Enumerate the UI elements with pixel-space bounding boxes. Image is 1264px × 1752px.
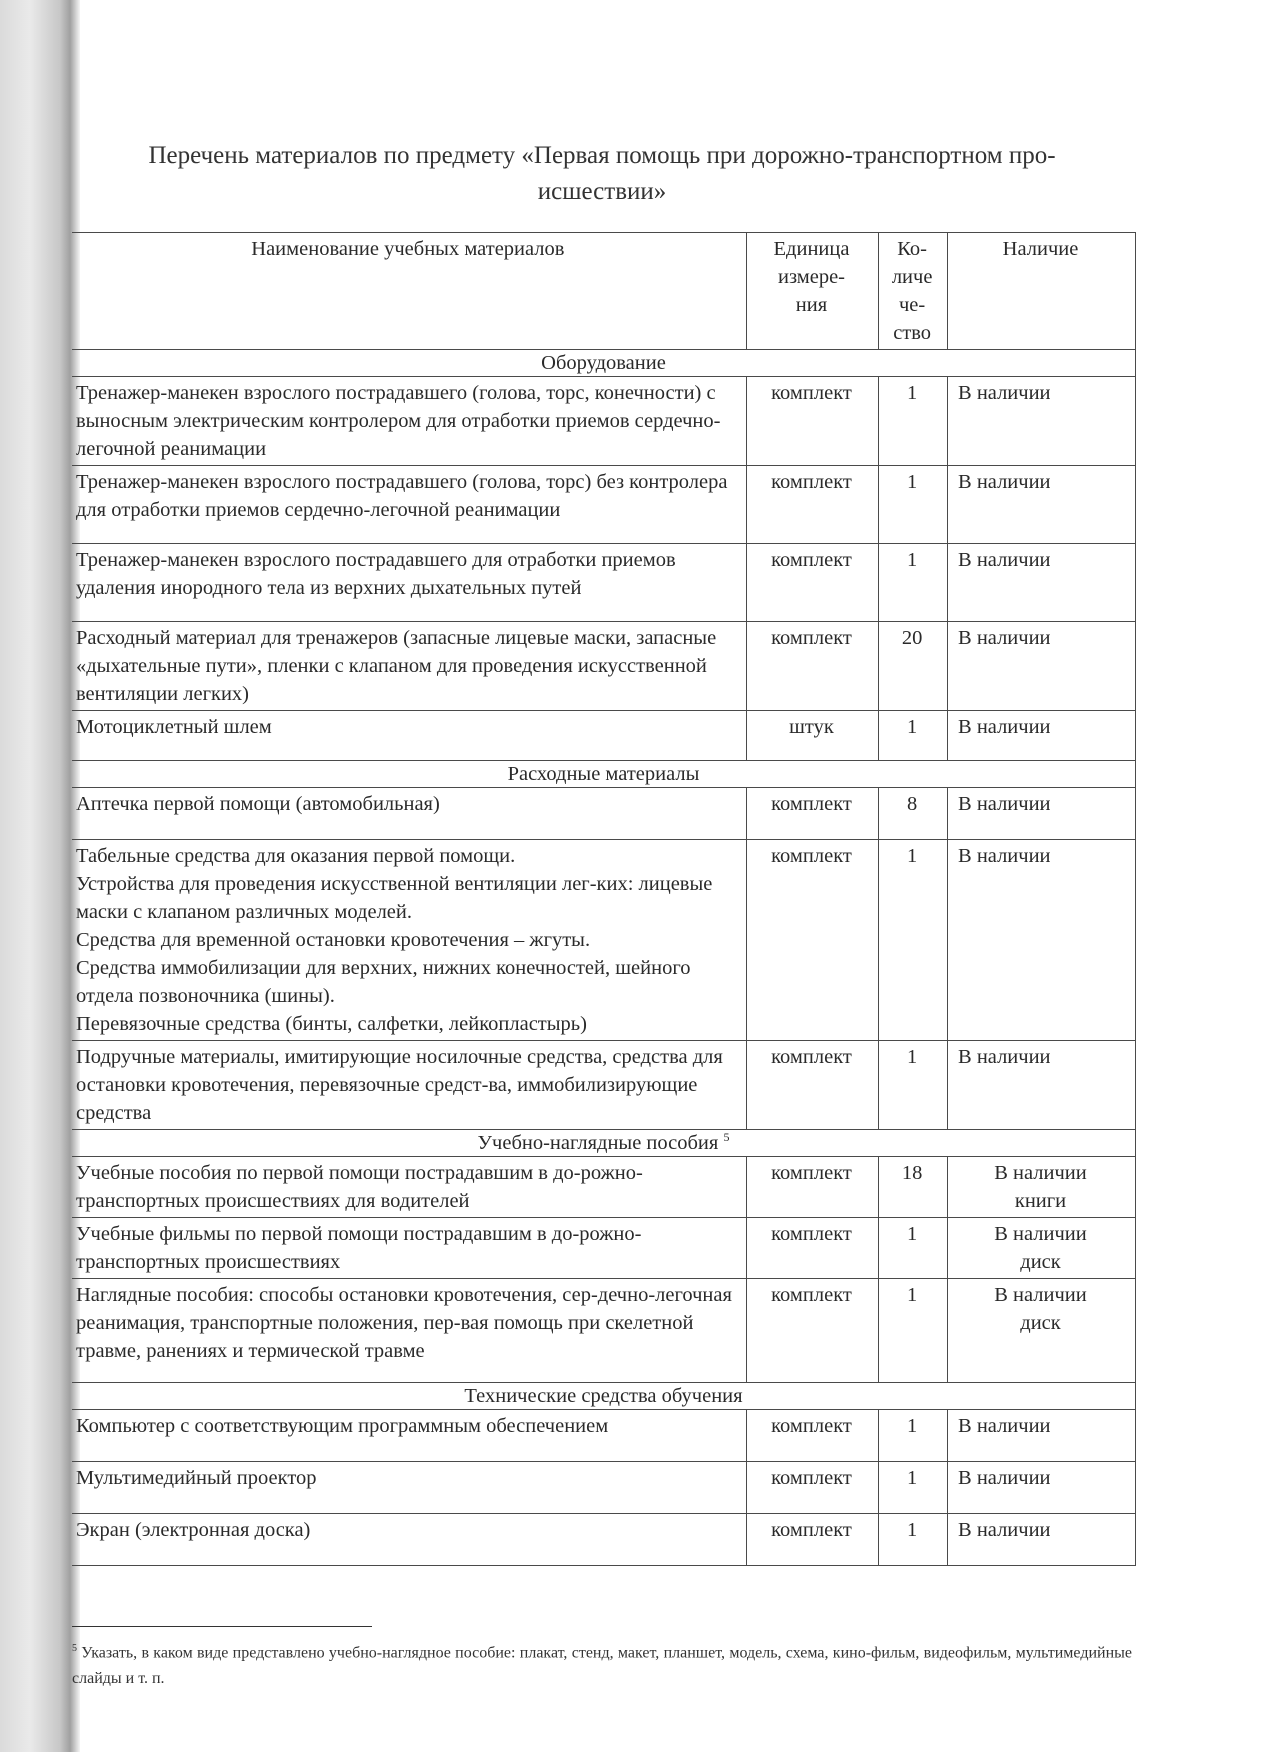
table-row: Расходный материал для тренажеров (запас… bbox=[72, 622, 1136, 711]
availability-note: диск bbox=[952, 1248, 1129, 1276]
cell-material-name: Наглядные пособия: способы остановки кро… bbox=[72, 1279, 746, 1383]
table-row: Аптечка первой помощи (автомобильная)ком… bbox=[72, 788, 1136, 840]
cell-unit: комплект bbox=[746, 1410, 878, 1462]
cell-availability: В наличиикниги bbox=[948, 1157, 1136, 1218]
cell-unit: комплект bbox=[746, 1041, 878, 1130]
cell-material-name: Мотоциклетный шлем bbox=[72, 711, 746, 761]
availability-status: В наличии bbox=[958, 627, 1051, 649]
availability-status: В наличии bbox=[958, 845, 1051, 867]
table-row: Табельные средства для оказания первой п… bbox=[72, 840, 1136, 1041]
header-name: Наименование учебных материалов bbox=[72, 233, 746, 350]
cell-availability: В наличии bbox=[948, 466, 1136, 544]
cell-availability: В наличии bbox=[948, 1462, 1136, 1514]
section-header-row: Технические средства обучения bbox=[72, 1383, 1136, 1410]
table-row: Учебные пособия по первой помощи пострад… bbox=[72, 1157, 1136, 1218]
table-row: Наглядные пособия: способы остановки кро… bbox=[72, 1279, 1136, 1383]
cell-quantity: 1 bbox=[879, 544, 948, 622]
section-header-row: Учебно-наглядные пособия 5 bbox=[72, 1130, 1136, 1157]
table-row: Мультимедийный проекторкомплект1В наличи… bbox=[72, 1462, 1136, 1514]
page-title: Перечень материалов по предмету «Первая … bbox=[72, 138, 1132, 210]
header-unit: Единица измере- ния bbox=[746, 233, 878, 350]
cell-availability: В наличии bbox=[948, 711, 1136, 761]
cell-unit: комплект bbox=[746, 1279, 878, 1383]
availability-status: В наличии bbox=[958, 716, 1051, 738]
table-body: ОборудованиеТренажер-манекен взрослого п… bbox=[72, 350, 1136, 1566]
cell-material-name: Тренажер-манекен взрослого пострадавшего… bbox=[72, 466, 746, 544]
availability-note: диск bbox=[952, 1309, 1129, 1337]
cell-availability: В наличии bbox=[948, 622, 1136, 711]
cell-availability: В наличии bbox=[948, 1410, 1136, 1462]
footnote-reference: 5 bbox=[723, 1130, 729, 1144]
cell-material-name: Подручные материалы, имитирующие носилоч… bbox=[72, 1041, 746, 1130]
cell-quantity: 1 bbox=[879, 840, 948, 1041]
availability-status: В наличии bbox=[994, 1162, 1087, 1184]
table-row: Компьютер с соответствующим программным … bbox=[72, 1410, 1136, 1462]
footnote-text: Указать, в каком виде представлено учебн… bbox=[72, 1644, 1132, 1687]
table-row: Тренажер-манекен взрослого пострадавшего… bbox=[72, 466, 1136, 544]
availability-status: В наличии bbox=[958, 471, 1051, 493]
cell-material-name: Экран (электронная доска) bbox=[72, 1514, 746, 1566]
table-row: Тренажер-манекен взрослого пострадавшего… bbox=[72, 544, 1136, 622]
availability-status: В наличии bbox=[958, 1046, 1051, 1068]
availability-status: В наличии bbox=[958, 1519, 1051, 1541]
availability-status: В наличии bbox=[958, 382, 1051, 404]
cell-quantity: 1 bbox=[879, 711, 948, 761]
availability-status: В наличии bbox=[958, 1467, 1051, 1489]
cell-material-name: Тренажер-манекен взрослого пострадавшего… bbox=[72, 377, 746, 466]
table-header-row: Наименование учебных материалов Единица … bbox=[72, 233, 1136, 350]
table-row: Экран (электронная доска)комплект1В нали… bbox=[72, 1514, 1136, 1566]
cell-availability: В наличии bbox=[948, 1041, 1136, 1130]
cell-unit: комплект bbox=[746, 1218, 878, 1279]
page-title-line-1: Перечень материалов по предмету «Первая … bbox=[72, 138, 1132, 174]
cell-quantity: 1 bbox=[879, 1279, 948, 1383]
availability-status: В наличии bbox=[958, 1415, 1051, 1437]
section-title: Учебно-наглядные пособия 5 bbox=[72, 1130, 1136, 1157]
cell-quantity: 1 bbox=[879, 1514, 948, 1566]
scan-binding-shadow bbox=[0, 0, 80, 1752]
cell-unit: комплект bbox=[746, 840, 878, 1041]
table-row: Тренажер-манекен взрослого пострадавшего… bbox=[72, 377, 1136, 466]
table-row: Учебные фильмы по первой помощи пострада… bbox=[72, 1218, 1136, 1279]
section-header-row: Расходные материалы bbox=[72, 761, 1136, 788]
cell-quantity: 20 bbox=[879, 622, 948, 711]
availability-status: В наличии bbox=[994, 1284, 1087, 1306]
cell-unit: комплект bbox=[746, 788, 878, 840]
cell-availability: В наличии bbox=[948, 1514, 1136, 1566]
table-row: Мотоциклетный шлемштук1В наличии bbox=[72, 711, 1136, 761]
cell-quantity: 18 bbox=[879, 1157, 948, 1218]
cell-material-name: Аптечка первой помощи (автомобильная) bbox=[72, 788, 746, 840]
cell-quantity: 1 bbox=[879, 1462, 948, 1514]
cell-quantity: 8 bbox=[879, 788, 948, 840]
cell-unit: комплект bbox=[746, 466, 878, 544]
cell-unit: комплект bbox=[746, 622, 878, 711]
cell-availability: В наличии bbox=[948, 377, 1136, 466]
table-row: Подручные материалы, имитирующие носилоч… bbox=[72, 1041, 1136, 1130]
availability-status: В наличии bbox=[958, 793, 1051, 815]
cell-quantity: 1 bbox=[879, 466, 948, 544]
cell-material-name: Тренажер-манекен взрослого пострадавшего… bbox=[72, 544, 746, 622]
cell-unit: комплект bbox=[746, 544, 878, 622]
section-title: Оборудование bbox=[72, 350, 1136, 377]
cell-availability: В наличиидиск bbox=[948, 1279, 1136, 1383]
cell-quantity: 1 bbox=[879, 377, 948, 466]
cell-unit: комплект bbox=[746, 1514, 878, 1566]
cell-quantity: 1 bbox=[879, 1410, 948, 1462]
cell-material-name: Учебные пособия по первой помощи пострад… bbox=[72, 1157, 746, 1218]
cell-material-name: Расходный материал для тренажеров (запас… bbox=[72, 622, 746, 711]
section-title: Расходные материалы bbox=[72, 761, 1136, 788]
cell-quantity: 1 bbox=[879, 1218, 948, 1279]
cell-unit: комплект bbox=[746, 1462, 878, 1514]
footnote-divider bbox=[72, 1626, 372, 1627]
cell-availability: В наличии bbox=[948, 840, 1136, 1041]
footnote-marker: 5 bbox=[72, 1643, 77, 1654]
cell-unit: штук bbox=[746, 711, 878, 761]
cell-material-name: Табельные средства для оказания первой п… bbox=[72, 840, 746, 1041]
footnote: 5 Указать, в каком виде представлено уче… bbox=[72, 1636, 1132, 1692]
section-header-row: Оборудование bbox=[72, 350, 1136, 377]
availability-status: В наличии bbox=[994, 1223, 1087, 1245]
cell-availability: В наличии bbox=[948, 544, 1136, 622]
cell-quantity: 1 bbox=[879, 1041, 948, 1130]
availability-status: В наличии bbox=[958, 549, 1051, 571]
cell-availability: В наличиидиск bbox=[948, 1218, 1136, 1279]
availability-note: книги bbox=[952, 1187, 1129, 1215]
document-page: Перечень материалов по предмету «Первая … bbox=[72, 0, 1132, 1752]
cell-availability: В наличии bbox=[948, 788, 1136, 840]
header-availability: Наличие bbox=[948, 233, 1136, 350]
cell-material-name: Компьютер с соответствующим программным … bbox=[72, 1410, 746, 1462]
page-title-line-2: исшествии» bbox=[72, 174, 1132, 210]
cell-unit: комплект bbox=[746, 377, 878, 466]
cell-unit: комплект bbox=[746, 1157, 878, 1218]
materials-table: Наименование учебных материалов Единица … bbox=[72, 232, 1136, 1566]
cell-material-name: Учебные фильмы по первой помощи пострада… bbox=[72, 1218, 746, 1279]
cell-material-name: Мультимедийный проектор bbox=[72, 1462, 746, 1514]
header-quantity: Ко- личе че- ство bbox=[879, 233, 948, 350]
section-title: Технические средства обучения bbox=[72, 1383, 1136, 1410]
